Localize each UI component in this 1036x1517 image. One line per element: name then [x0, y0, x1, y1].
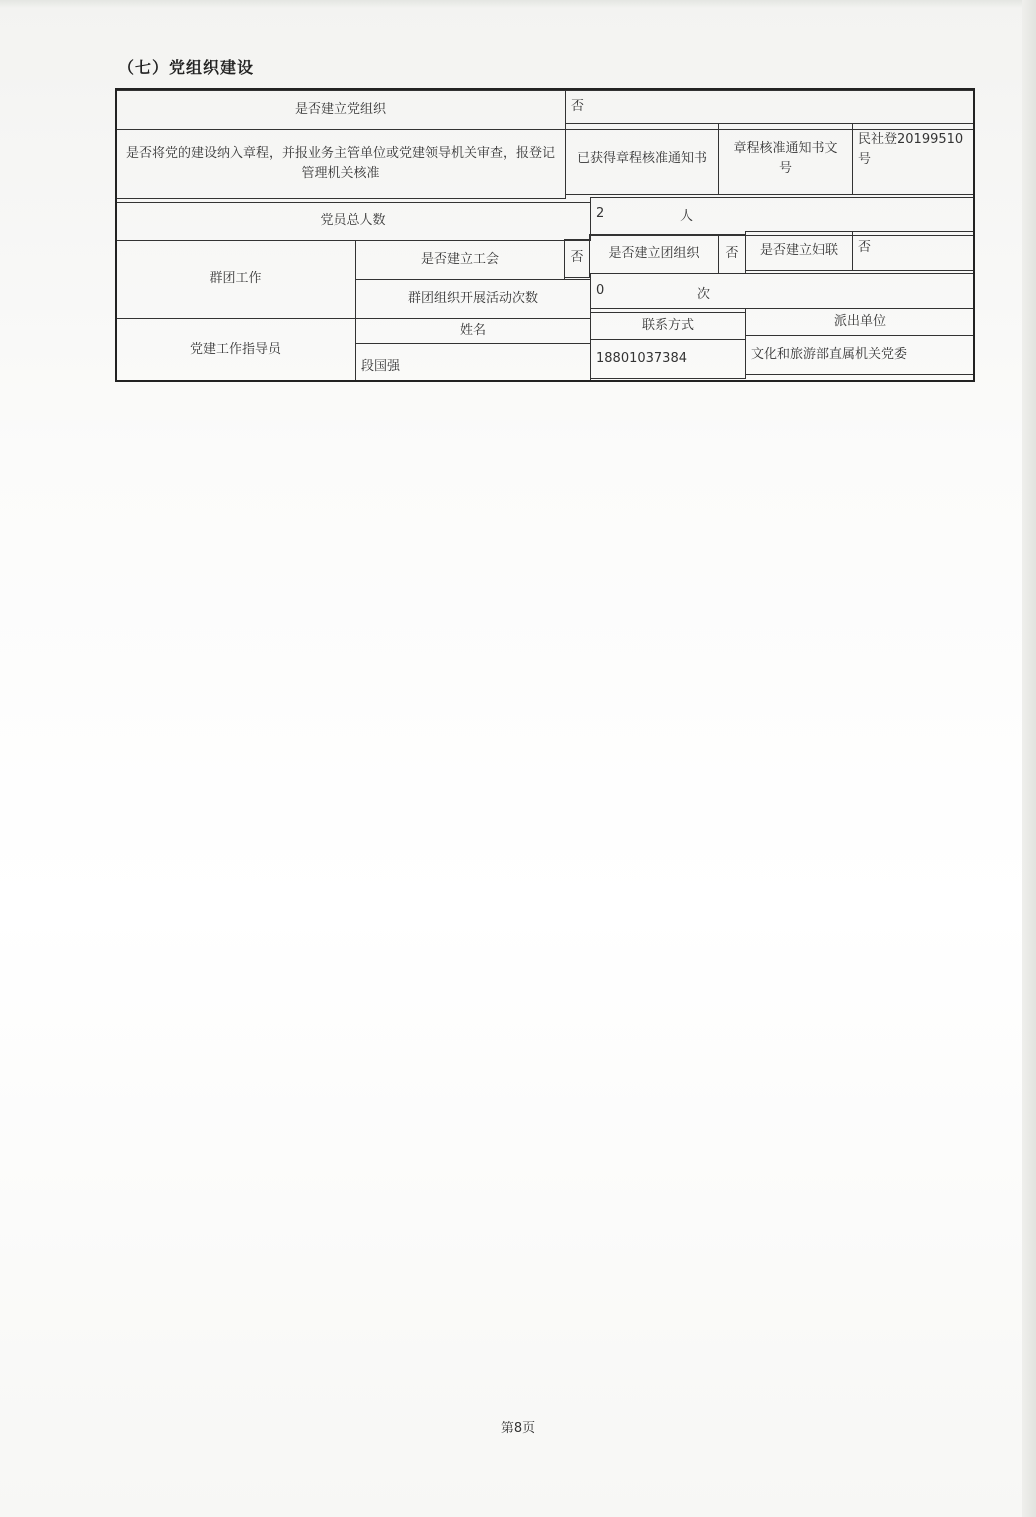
charter-inclusion-label: 是否将党的建设纳入章程，并报业务主管单位或党建领导机关审查，报登记管理机关核准: [115, 129, 566, 199]
mass-org-label: 群团工作: [115, 240, 356, 319]
womens-federation-label: 是否建立妇联: [745, 231, 853, 271]
instructor-label: 党建工作指导员: [115, 318, 356, 382]
instructor-name-header: 姓名: [355, 318, 591, 344]
activities-count-value: 0: [596, 281, 604, 301]
approval-number-label: 章程核准通知书文号: [718, 123, 853, 195]
paper-edge: [0, 0, 1036, 8]
instructor-dispatch-unit: 文化和旅游部直属机关党委: [745, 335, 975, 375]
paper-edge: [1022, 0, 1036, 1517]
activities-count-cell: 0: [590, 273, 975, 309]
activities-count-unit: 次: [697, 283, 710, 302]
party-organization-table: 是否建立党组织 否 是否将党的建设纳入章程，并报业务主管单位或党建领导机关审查，…: [115, 76, 975, 382]
youth-league-label: 是否建立团组织: [589, 234, 719, 274]
charter-inclusion-value: 已获得章程核准通知书: [565, 123, 719, 195]
members-count-label: 党员总人数: [115, 202, 591, 241]
approval-number-value: 民社登20199510号: [852, 123, 975, 195]
instructor-name: 段国强: [355, 343, 591, 382]
womens-federation-value: 否: [852, 231, 975, 271]
page-number: 第8页: [0, 1417, 1036, 1436]
union-label: 是否建立工会: [355, 240, 565, 280]
instructor-contact-header: 联系方式: [590, 312, 746, 340]
activities-count-label: 群团组织开展活动次数: [355, 279, 591, 319]
members-count-unit: 人: [680, 205, 693, 224]
members-count-value: 2: [596, 204, 604, 224]
youth-league-value: 否: [718, 234, 746, 274]
instructor-contact: 18801037384: [590, 339, 746, 379]
instructor-unit-header: 派出单位: [745, 308, 975, 336]
section-title: （七）党组织建设: [118, 55, 254, 78]
document-page: （七）党组织建设 是否建立党组织 否 是否将党的建设纳入章程，并报业务主管单位或…: [0, 0, 1036, 1517]
union-value: 否: [564, 239, 590, 278]
party-org-established-label: 是否建立党组织: [115, 90, 566, 130]
